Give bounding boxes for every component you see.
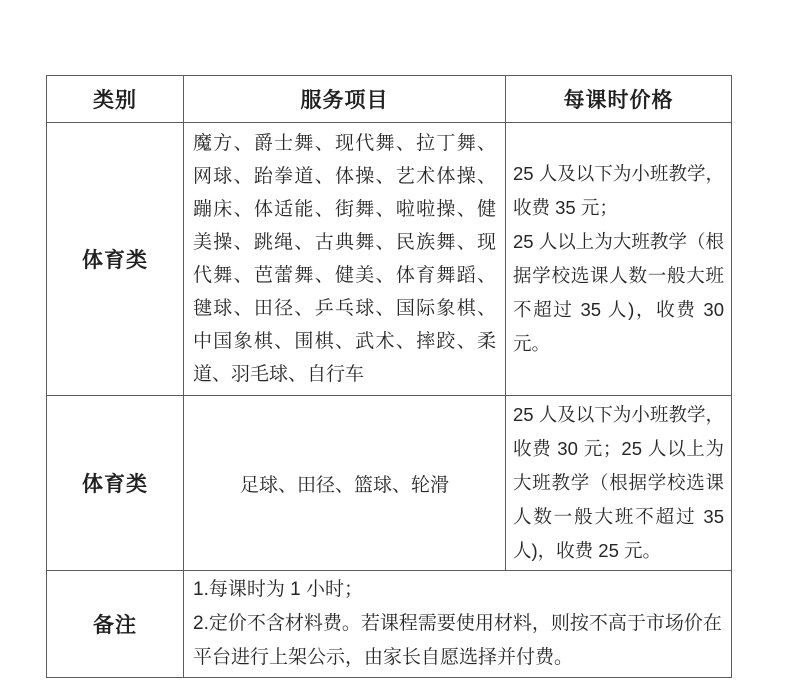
note-line-1: 1.每课时为 1 小时； <box>193 573 722 607</box>
price-paragraph-1: 25 人及以下为小班教学，收费 35 元； <box>513 157 724 225</box>
header-row: 类别 服务项目 每课时价格 <box>47 76 732 123</box>
course-price-table: 类别 服务项目 每课时价格 体育类 魔方、爵士舞、现代舞、拉丁舞、网球、跆拳道、… <box>46 75 732 678</box>
notes-cell: 1.每课时为 1 小时； 2.定价不含材料费。若课程需要使用材料，则按不高于市场… <box>184 571 732 678</box>
price-paragraph-2: 25 人以上为大班教学（根据学校选课人数一般大班不超过 35 人)，收费 30 … <box>513 225 724 361</box>
category-cell: 体育类 <box>47 396 184 571</box>
table-row-sports-1: 体育类 魔方、爵士舞、现代舞、拉丁舞、网球、跆拳道、体操、艺术体操、蹦床、体适能… <box>47 123 732 396</box>
price-cell: 25 人及以下为小班教学，收费 35 元； 25 人以上为大班教学（根据学校选课… <box>506 123 732 396</box>
notes-label-cell: 备注 <box>47 571 184 678</box>
table-row-sports-2: 体育类 足球、田径、篮球、轮滑 25 人及以下为小班教学，收费 30 元；25 … <box>47 396 732 571</box>
services-cell: 魔方、爵士舞、现代舞、拉丁舞、网球、跆拳道、体操、艺术体操、蹦床、体适能、街舞、… <box>184 123 506 396</box>
header-category-cell: 类别 <box>47 76 184 123</box>
page: 类别 服务项目 每课时价格 体育类 魔方、爵士舞、现代舞、拉丁舞、网球、跆拳道、… <box>0 0 800 682</box>
price-cell: 25 人及以下为小班教学，收费 30 元；25 人以上为大班教学（根据学校选课人… <box>506 396 732 571</box>
note-line-2: 2.定价不含材料费。若课程需要使用材料，则按不高于市场价在平台进行上架公示，由家… <box>193 607 722 675</box>
services-cell: 足球、田径、篮球、轮滑 <box>184 396 506 571</box>
header-price-cell: 每课时价格 <box>506 76 732 123</box>
category-cell: 体育类 <box>47 123 184 396</box>
header-services-cell: 服务项目 <box>184 76 506 123</box>
table-row-notes: 备注 1.每课时为 1 小时； 2.定价不含材料费。若课程需要使用材料，则按不高… <box>47 571 732 678</box>
